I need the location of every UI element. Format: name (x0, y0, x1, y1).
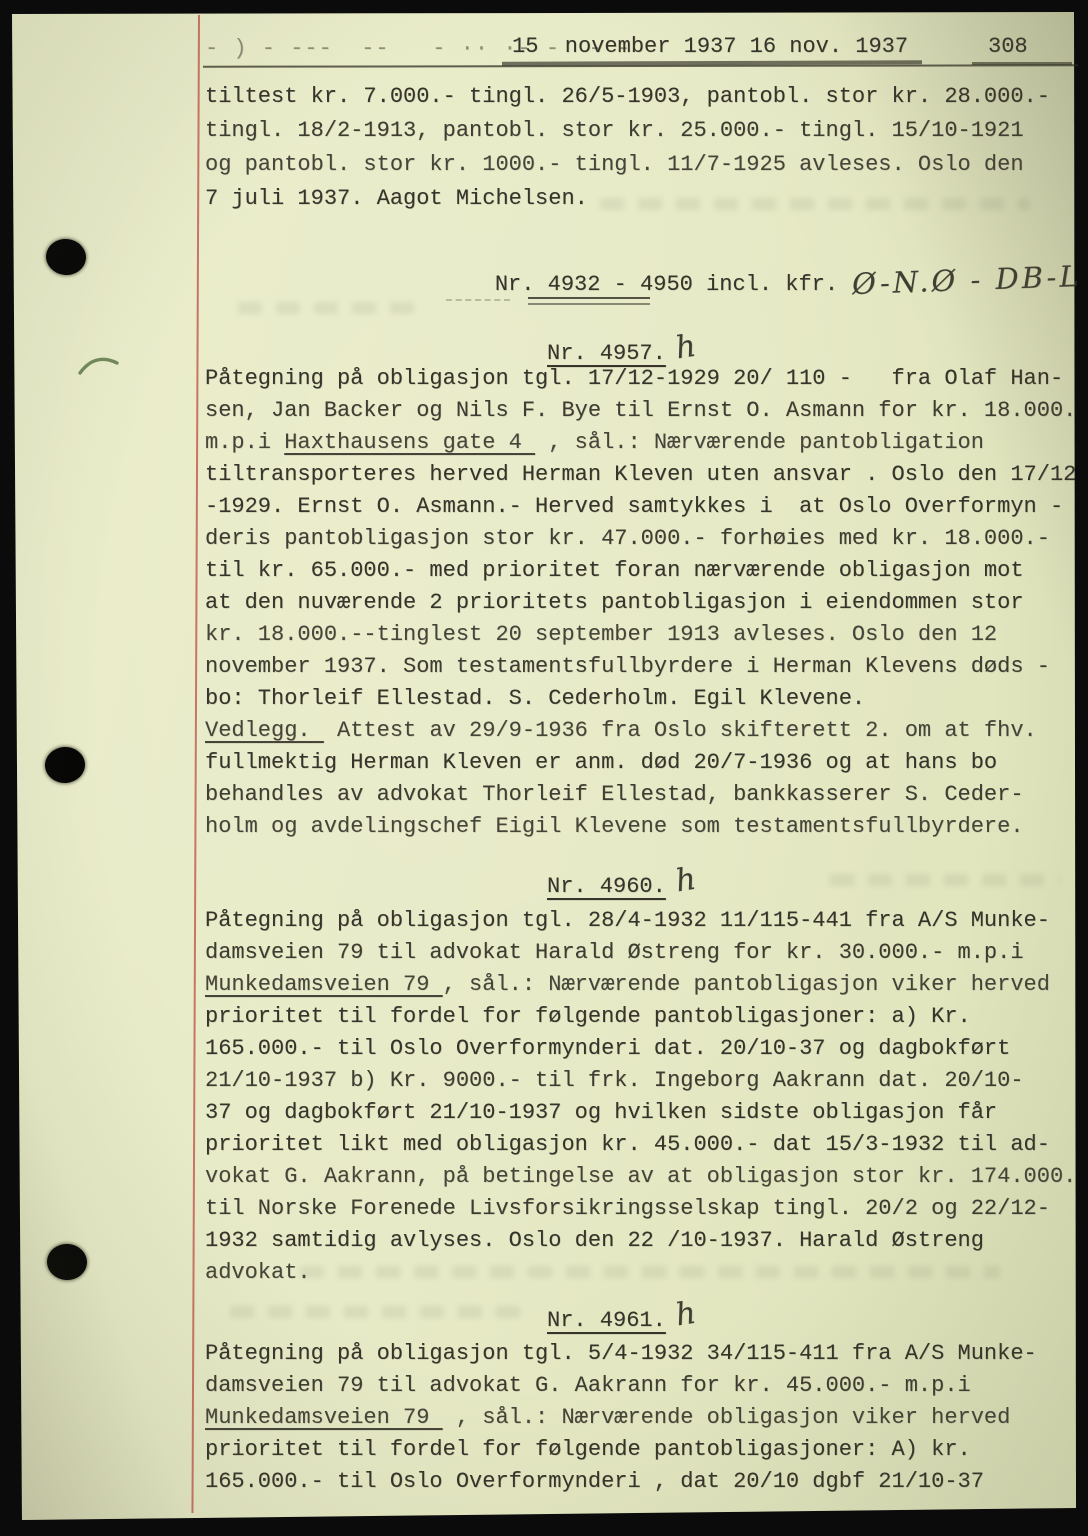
reference-line: Nr. 4932 - 4950 incl. kfr.Ø-N.Ø - DB-L (442, 238, 1082, 322)
text-line: Vedlegg. Attest av 29/9-1936 fra Oslo sk… (205, 715, 1076, 747)
text-line: 1932 samtidig avlyses. Oslo den 22 /10-1… (205, 1225, 1076, 1257)
text-segment: m.p.i (205, 430, 284, 455)
entry-number: Nr. 4960. (547, 874, 666, 899)
text-line: at den nuværende 2 prioritets pantobliga… (205, 587, 1076, 619)
entry-body: Påtegning på obligasjon tgl. 5/4-1932 34… (205, 1338, 1037, 1498)
entry-handwritten-mark: h (673, 328, 698, 367)
entry-header: Nr. 4957.h (547, 331, 696, 367)
text-segment: , sål.: Nærværende pantobligation (535, 430, 984, 455)
reference-handwriting: Ø-N.Ø - DB-L (852, 259, 1083, 301)
text-segment: og pantobl. stor kr. 1000.- tingl. 11/7-… (205, 152, 1024, 177)
text-line: holm og avdelingschef Eigil Klevene som … (205, 811, 1076, 843)
entry-handwritten-mark: h (673, 1295, 698, 1334)
text-line: november 1937. Som testamentsfullbyrdere… (205, 651, 1076, 683)
text-segment: Påtegning på obligasjon tgl. 17/12-1929 … (205, 366, 1063, 391)
text-line: Munkedamsveien 79 , sål.: Nærværende pan… (205, 969, 1076, 1001)
underlined-text: Vedlegg. (205, 718, 324, 743)
separator-line (528, 297, 650, 305)
text-line: Påtegning på obligasjon tgl. 17/12-1929 … (205, 363, 1076, 395)
text-segment: 1932 samtidig avlyses. Oslo den 22 /10-1… (205, 1228, 984, 1253)
underlined-text: Haxthausens gate 4 (284, 430, 535, 455)
text-line: deris pantobligasjon stor kr. 47.000.- f… (205, 523, 1076, 555)
text-segment: Påtegning på obligasjon tgl. 28/4-1932 1… (205, 908, 1050, 933)
text-segment: 165.000.- til Oslo Overformynderi dat. 2… (205, 1036, 1010, 1061)
text-line: til Norske Forenede Livsforsikringsselsk… (205, 1193, 1076, 1225)
text-line: tingl. 18/2-1913, pantobl. stor kr. 25.0… (205, 114, 1050, 148)
entry-header: Nr. 4960.h (547, 864, 696, 900)
text-segment: prioritet til fordel for følgende pantob… (205, 1004, 971, 1029)
text-line: 7 juli 1937. Aagot Michelsen. (205, 182, 1050, 216)
entry-body: Påtegning på obligasjon tgl. 17/12-1929 … (205, 363, 1076, 843)
text-segment: prioritet likt med obligasjon kr. 45.000… (205, 1132, 1050, 1157)
text-segment: Attest av 29/9-1936 fra Oslo skifterett … (324, 718, 1037, 743)
text-line: 37 og dagbokført 21/10-1937 og hvilken s… (205, 1097, 1076, 1129)
text-line: og pantobl. stor kr. 1000.- tingl. 11/7-… (205, 148, 1050, 182)
text-segment: -1929. Ernst O. Asmann.- Herved samtykke… (205, 494, 1063, 519)
text-segment: til kr. 65.000.- med prioritet foran nær… (205, 558, 1024, 583)
text-line: m.p.i Haxthausens gate 4 , sål.: Nærvære… (205, 427, 1076, 459)
text-line: prioritet til fordel for følgende pantob… (205, 1001, 1076, 1033)
text-line: tiltest kr. 7.000.- tingl. 26/5-1903, pa… (205, 80, 1050, 114)
text-line: Påtegning på obligasjon tgl. 28/4-1932 1… (205, 905, 1076, 937)
text-line: sen, Jan Backer og Nils F. Bye til Ernst… (205, 395, 1076, 427)
text-line: damsveien 79 til advokat Harald Østreng … (205, 937, 1076, 969)
entry-handwritten-mark: h (673, 861, 698, 900)
text-segment: damsveien 79 til advokat G. Aakrann for … (205, 1373, 971, 1398)
text-line: kr. 18.000.--tinglest 20 september 1913 … (205, 619, 1076, 651)
text-segment: 165.000.- til Oslo Overformynderi , dat … (205, 1469, 984, 1494)
text-line: til kr. 65.000.- med prioritet foran nær… (205, 555, 1076, 587)
reference-text: Nr. 4932 - 4950 incl. kfr. (495, 272, 838, 297)
underlined-text: Munkedamsveien 79 (205, 1405, 443, 1430)
text-segment: tingl. 18/2-1913, pantobl. stor kr. 25.0… (205, 118, 1024, 143)
text-segment: behandles av advokat Thorleif Ellestad, … (205, 782, 1024, 807)
text-segment: tiltransporteres herved Herman Kleven ut… (205, 462, 1076, 487)
text-line: tiltransporteres herved Herman Kleven ut… (205, 459, 1076, 491)
text-segment: prioritet til fordel for følgende pantob… (205, 1437, 971, 1462)
underlined-text: Munkedamsveien 79 (205, 972, 443, 997)
text-segment: kr. 18.000.--tinglest 20 september 1913 … (205, 622, 997, 647)
text-segment: til Norske Forenede Livsforsikringsselsk… (205, 1196, 1050, 1221)
text-line: behandles av advokat Thorleif Ellestad, … (205, 779, 1076, 811)
text-segment: damsveien 79 til advokat Harald Østreng … (205, 940, 1024, 965)
text-segment: bo: Thorleif Ellestad. S. Cederholm. Egi… (205, 686, 865, 711)
pen-tick-mark (76, 352, 122, 380)
text-line: advokat. (205, 1257, 1076, 1289)
text-line: Påtegning på obligasjon tgl. 5/4-1932 34… (205, 1338, 1037, 1370)
entry-body: Påtegning på obligasjon tgl. 28/4-1932 1… (205, 905, 1076, 1289)
text-segment: Påtegning på obligasjon tgl. 5/4-1932 34… (205, 1341, 1037, 1366)
scanned-page: - ) - --- -- - ·· ·- - - - 15 november 1… (0, 0, 1088, 1536)
text-segment: , sål.: Nærværende obligasjon viker herv… (443, 1405, 1011, 1430)
text-line: fullmektig Herman Kleven er anm. død 20/… (205, 747, 1076, 779)
entry-header: Nr. 4961.h (547, 1298, 696, 1334)
text-segment: 37 og dagbokført 21/10-1937 og hvilken s… (205, 1100, 997, 1125)
text-segment: , sål.: Nærværende pantobligasjon viker … (443, 972, 1050, 997)
text-segment: deris pantobligasjon stor kr. 47.000.- f… (205, 526, 1050, 551)
text-segment: november 1937. Som testamentsfullbyrdere… (205, 654, 1050, 679)
text-segment: 7 juli 1937. Aagot Michelsen. (205, 186, 588, 211)
text-segment: vokat G. Aakrann, på betingelse av at ob… (205, 1164, 1076, 1189)
text-line: 21/10-1937 b) Kr. 9000.- til frk. Ingebo… (205, 1065, 1076, 1097)
text-segment: at den nuværende 2 prioritets pantobliga… (205, 590, 1024, 615)
intro-paragraph: tiltest kr. 7.000.- tingl. 26/5-1903, pa… (205, 80, 1050, 216)
header-dates: 15 november 1937 16 nov. 1937 (512, 34, 908, 59)
text-segment: 21/10-1937 b) Kr. 9000.- til frk. Ingebo… (205, 1068, 1024, 1093)
header-underline-page (972, 62, 1072, 65)
text-segment: sen, Jan Backer og Nils F. Bye til Ernst… (205, 398, 1076, 423)
text-line: Munkedamsveien 79 , sål.: Nærværende obl… (205, 1402, 1037, 1434)
text-line: 165.000.- til Oslo Overformynderi dat. 2… (205, 1033, 1076, 1065)
text-line: vokat G. Aakrann, på betingelse av at ob… (205, 1161, 1076, 1193)
separator-faint-dashes (446, 299, 510, 301)
text-line: 165.000.- til Oslo Overformynderi , dat … (205, 1466, 1037, 1498)
text-segment: advokat. (205, 1260, 311, 1285)
text-line: prioritet likt med obligasjon kr. 45.000… (205, 1129, 1076, 1161)
text-line: -1929. Ernst O. Asmann.- Herved samtykke… (205, 491, 1076, 523)
text-segment: holm og avdelingschef Eigil Klevene som … (205, 814, 1024, 839)
text-segment: tiltest kr. 7.000.- tingl. 26/5-1903, pa… (205, 84, 1050, 109)
text-line: prioritet til fordel for følgende pantob… (205, 1434, 1037, 1466)
entry-number: Nr. 4961. (547, 1308, 666, 1333)
text-line: damsveien 79 til advokat G. Aakrann for … (205, 1370, 1037, 1402)
text-segment: fullmektig Herman Kleven er anm. død 20/… (205, 750, 997, 775)
text-line: bo: Thorleif Ellestad. S. Cederholm. Egi… (205, 683, 1076, 715)
page-number: 308 (988, 34, 1028, 59)
